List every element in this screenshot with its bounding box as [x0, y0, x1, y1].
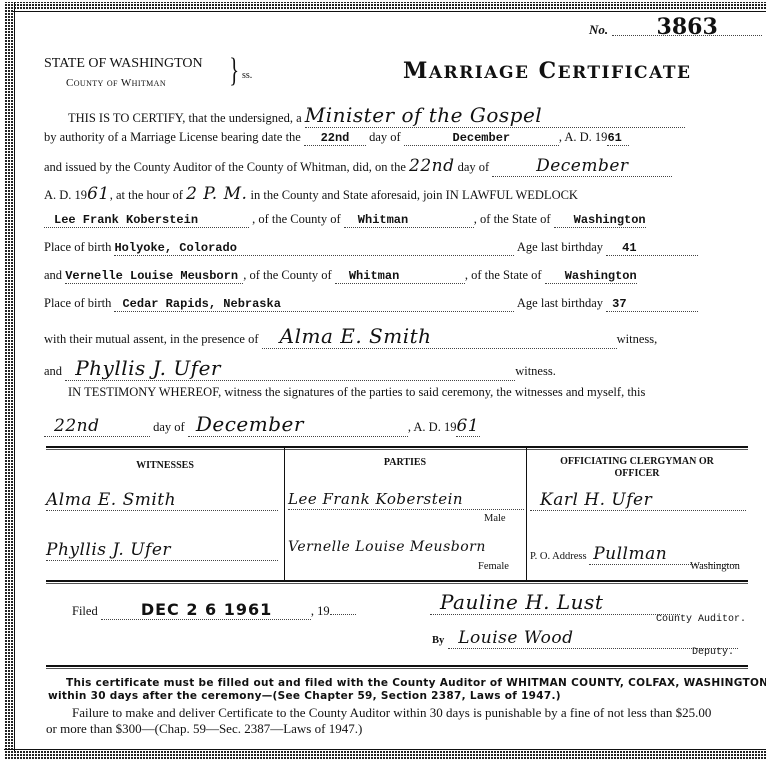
female-label: Female — [478, 561, 509, 572]
notice-bold-line1: This certificate must be filled out and … — [66, 677, 766, 689]
certificate-number: 3863 — [657, 14, 718, 40]
bride-name: Vernelle Louise Meusborn — [65, 269, 238, 283]
po-address-value: Pullman — [593, 544, 667, 564]
witness2-name: Phyllis J. Ufer — [75, 356, 221, 380]
groom-birthplace: Holyoke, Colorado — [114, 241, 236, 255]
po-state-label: Washington — [690, 561, 740, 572]
ceremony-month: December — [536, 156, 628, 176]
auditor-signature: Pauline H. Lust — [440, 590, 603, 614]
state-heading: STATE OF WASHINGTON — [44, 56, 203, 72]
brace-icon: } — [229, 54, 239, 88]
witness-signature-2: Phyllis J. Ufer — [46, 540, 278, 561]
license-year: 61 — [607, 131, 621, 145]
ceremony-year: 61 — [87, 184, 110, 204]
bride-age: 37 — [612, 297, 626, 311]
bride-birth-line: Place of birth Cedar Rapids, Nebraska Ag… — [44, 296, 698, 312]
testimony-date-line: 22nd day of December, A. D. 1961 — [44, 412, 480, 437]
witness1-name: Alma E. Smith — [280, 324, 432, 348]
license-month: December — [453, 131, 511, 145]
notice-line2: or more than $300—(Chap. 59—Sec. 2387—La… — [46, 721, 362, 737]
bride-signature: Vernelle Louise Meusborn — [288, 538, 524, 556]
deputy-line: By Louise Wood — [432, 628, 738, 649]
officiant-header-line2: OFFICER — [526, 468, 748, 479]
certificate-title: MARRIAGE CERTIFICATE — [403, 58, 691, 84]
officiant-signature: Karl H. Ufer — [530, 490, 746, 511]
number-label: No. — [589, 22, 608, 37]
second-witness-line: and Phyllis J. Uferwitness. — [44, 356, 556, 381]
deputy-signature: Louise Wood — [458, 628, 573, 648]
groom-state: Washington — [574, 213, 646, 227]
bride-birthplace: Cedar Rapids, Nebraska — [122, 297, 280, 311]
groom-line: Lee Frank Koberstein , of the County of … — [44, 212, 646, 228]
table-top-rule — [46, 446, 748, 450]
decorative-border-bottom — [4, 751, 766, 760]
ss-label: ss. — [242, 70, 252, 81]
officiant-header-line1: OFFICIATING CLERGYMAN OR — [526, 456, 748, 467]
witnesses-header: WITNESSES — [46, 460, 284, 471]
groom-name: Lee Frank Koberstein — [54, 213, 198, 227]
parties-header: PARTIES — [284, 457, 526, 468]
notice-line1: Failure to make and deliver Certificate … — [72, 705, 711, 721]
groom-signature: Lee Frank Koberstein — [288, 490, 524, 510]
ceremony-day: 22nd — [409, 156, 454, 176]
testimony-line: IN TESTIMONY WHEREOF, witness the signat… — [68, 385, 645, 400]
male-label: Male — [484, 513, 506, 524]
groom-county: Whitman — [358, 213, 408, 227]
certificate-number-field: No. 3863 — [589, 14, 762, 39]
auditor-signature-line: Pauline H. Lust — [430, 590, 680, 615]
bride-line: and Vernelle Louise Meusborn, of the Cou… — [44, 268, 637, 284]
decorative-border-left — [4, 2, 13, 760]
presence-line: with their mutual assent, in the presenc… — [44, 324, 657, 349]
bride-state: Washington — [565, 269, 637, 283]
officiant-title: Minister of the Gospel — [305, 103, 542, 127]
notice-top-rule — [46, 665, 748, 669]
table-bottom-rule — [46, 580, 748, 584]
testimony-year: 61 — [456, 416, 479, 436]
filed-stamp: DEC 2 6 1961 — [141, 600, 272, 619]
testimony-day: 22nd — [54, 416, 99, 436]
groom-birth-line: Place of birth Holyoke, Colorado Age las… — [44, 240, 698, 256]
license-date-line: by authority of a Marriage License beari… — [44, 130, 629, 146]
bride-county: Whitman — [349, 269, 399, 283]
testimony-month: December — [196, 412, 304, 436]
filed-line: Filed DEC 2 6 1961, 19 — [72, 600, 356, 620]
witness-signature-1: Alma E. Smith — [46, 490, 278, 511]
issued-line: and issued by the County Auditor of the … — [44, 156, 672, 177]
hour-line: A. D. 1961, at the hour of 2 P. M. in th… — [44, 184, 578, 204]
deputy-label: Deputy. — [692, 647, 734, 658]
license-day: 22nd — [321, 131, 350, 145]
groom-age: 41 — [622, 241, 636, 255]
decorative-border-top — [4, 2, 766, 10]
county-auditor-label: County Auditor. — [656, 614, 746, 625]
ceremony-hour: 2 P. M. — [186, 184, 247, 204]
certify-line: THIS IS TO CERTIFY, that the undersigned… — [68, 103, 685, 128]
county-heading: County of Whitman — [66, 77, 166, 89]
notice-bold-line2: within 30 days after the ceremony—(See C… — [48, 690, 561, 702]
